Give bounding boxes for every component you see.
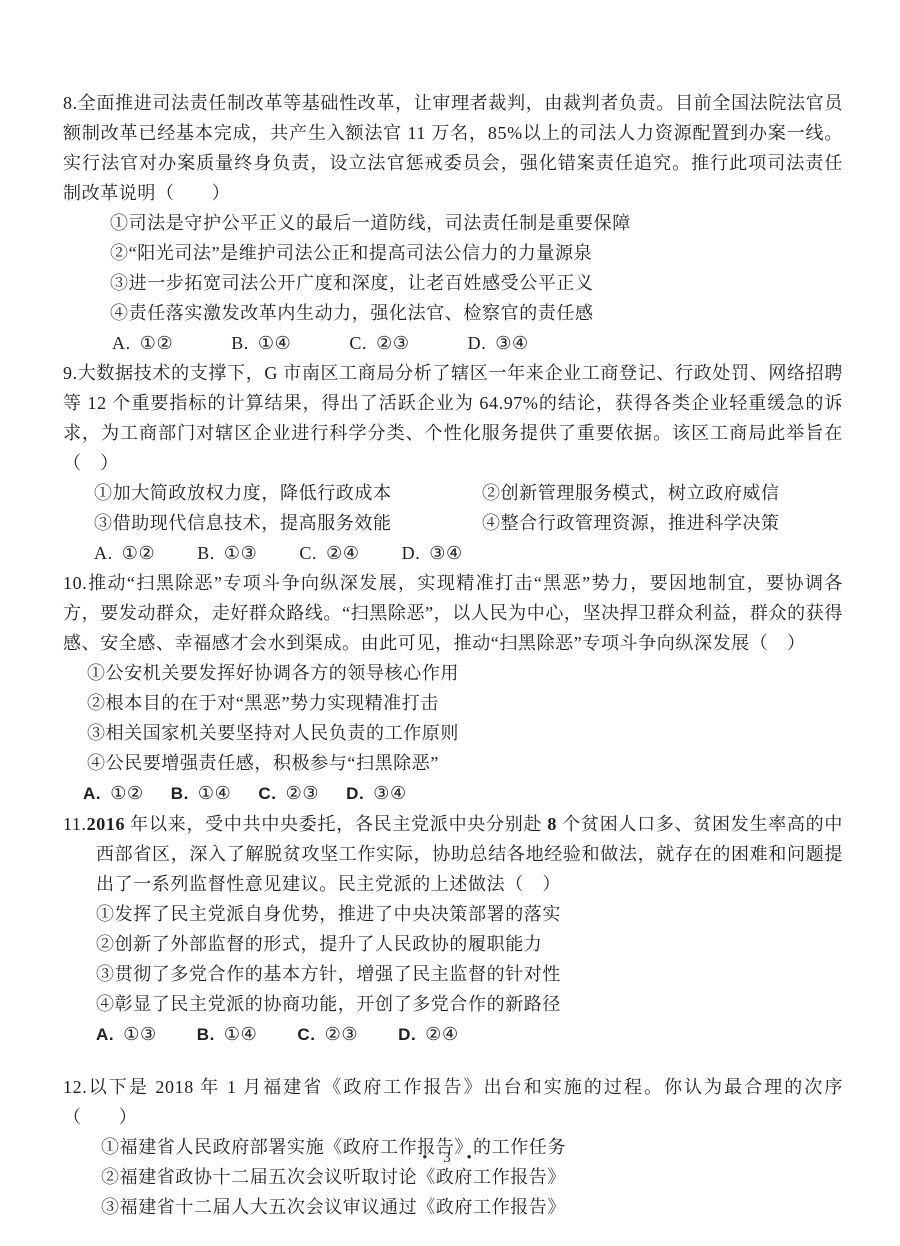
choice-a: A.①③ xyxy=(96,1019,157,1050)
question-9-stem: 9.大数据技术的支撑下，G 市南区工商局分析了辖区一年来企业工商登记、行政处罚、… xyxy=(63,358,843,478)
choice-d-value: ③④ xyxy=(373,783,406,803)
question-9-option-1: ①加大简政放权力度，降低行政成本 xyxy=(94,478,482,508)
question-10-options: ①公安机关要发挥好协调各方的领导核心作用 ②根本目的在于对“黑恶”势力实现精准打… xyxy=(63,658,843,778)
question-9-option-3: ③借助现代信息技术，提高服务效能 xyxy=(94,508,482,538)
choice-b: B.①③ xyxy=(197,538,257,568)
choice-b-value: ①③ xyxy=(224,543,257,563)
question-11-option-4: ④彰显了民主党派的协商功能，开创了多党合作的新路径 xyxy=(96,989,843,1019)
choice-b-label: B. xyxy=(171,784,189,803)
choice-c: C.②③ xyxy=(297,1019,358,1050)
question-8-option-1: ①司法是守护公平正义的最后一道防线，司法责任制是重要保障 xyxy=(110,208,843,238)
choice-d-value: ③④ xyxy=(495,333,528,353)
exam-content: 8.全面推进司法责任制改革等基础性改革，让审理者裁判，由裁判者负责。目前全国法院… xyxy=(63,88,843,1222)
question-11-choices: A.①③ B.①④ C.②③ D.②④ xyxy=(63,1019,843,1050)
choice-b-label: B. xyxy=(197,543,215,563)
question-10-option-2: ②根本目的在于对“黑恶”势力实现精准打击 xyxy=(87,688,843,718)
choice-d-label: D. xyxy=(398,1025,416,1044)
question-10-option-1: ①公安机关要发挥好协调各方的领导核心作用 xyxy=(87,658,843,688)
choice-a-label: A. xyxy=(83,784,101,803)
question-11-option-3: ③贯彻了多党合作的基本方针，增强了民主监督的针对性 xyxy=(96,959,843,989)
choice-b: B.①④ xyxy=(171,778,232,809)
question-10-choices: A.①② B.①④ C.②③ D.③④ xyxy=(63,778,843,809)
choice-d-label: D. xyxy=(346,784,364,803)
question-10-stem: 10.推动“扫黑除恶”专项斗争向纵深发展，实现精准打击“黑恶”势力，要因地制宜，… xyxy=(63,568,843,658)
question-10: 10.推动“扫黑除恶”专项斗争向纵深发展，实现精准打击“黑恶”势力，要因地制宜，… xyxy=(63,568,843,809)
choice-c-label: C. xyxy=(299,543,317,563)
question-11: 11.2016 年以来，受中共中央委托，各民主党派中央分别赴 8 个贫困人口多、… xyxy=(63,809,843,1050)
choice-d: D.③④ xyxy=(402,538,463,568)
choice-a: A.①② xyxy=(112,328,173,358)
question-9-options: ①加大简政放权力度，降低行政成本 ②创新管理服务模式，树立政府威信 ③借助现代信… xyxy=(63,478,843,538)
choice-c-label: C. xyxy=(297,1025,315,1044)
question-8-option-3: ③进一步拓宽司法公开广度和深度，让老百姓感受公平正义 xyxy=(110,268,843,298)
question-10-option-3: ③相关国家机关要坚持对人民负责的工作原则 xyxy=(87,718,843,748)
choice-a-value: ①② xyxy=(122,543,155,563)
choice-a-value: ①③ xyxy=(123,1024,156,1044)
choice-b-value: ①④ xyxy=(258,333,291,353)
choice-a: A.①② xyxy=(94,538,155,568)
question-8-stem: 8.全面推进司法责任制改革等基础性改革，让审理者裁判，由裁判者负责。目前全国法院… xyxy=(63,88,843,208)
choice-a-label: A. xyxy=(112,333,131,353)
question-11-option-2: ②创新了外部监督的形式，提升了人民政协的履职能力 xyxy=(96,929,843,959)
question-11-option-1: ①发挥了民主党派自身优势，推进了中央决策部署的落实 xyxy=(96,899,843,929)
question-9-option-2: ②创新管理服务模式，树立政府威信 xyxy=(482,478,843,508)
choice-b-label: B. xyxy=(197,1025,215,1044)
question-12-option-3: ③福建省十二届人大五次会议审议通过《政府工作报告》 xyxy=(101,1192,843,1222)
choice-b-label: B. xyxy=(231,333,249,353)
question-11-options: ①发挥了民主党派自身优势，推进了中央决策部署的落实 ②创新了外部监督的形式，提升… xyxy=(63,899,843,1019)
choice-c-value: ②③ xyxy=(286,783,319,803)
question-8-choices: A.①② B.①④ C.②③ D.③④ xyxy=(63,328,843,358)
question-9: 9.大数据技术的支撑下，G 市南区工商局分析了辖区一年来企业工商登记、行政处罚、… xyxy=(63,358,843,568)
exam-page: 8.全面推进司法责任制改革等基础性改革，让审理者裁判，由裁判者负责。目前全国法院… xyxy=(0,0,900,1246)
choice-d: D.③④ xyxy=(468,328,529,358)
choice-d-value: ②④ xyxy=(425,1024,458,1044)
question-10-option-4: ④公民要增强责任感，积极参与“扫黑除恶” xyxy=(87,748,843,778)
choice-b: B.①④ xyxy=(197,1019,258,1050)
question-12-options: ①福建省人民政府部署实施《政府工作报告》的工作任务 ②福建省政协十二届五次会议听… xyxy=(63,1132,843,1222)
choice-a-label: A. xyxy=(96,1025,114,1044)
choice-d-label: D. xyxy=(402,543,421,563)
question-12-stem: 12.以下是 2018 年 1 月福建省《政府工作报告》出台和实施的过程。你认为… xyxy=(63,1072,843,1132)
page-number: • 3 • xyxy=(0,1150,900,1167)
choice-a-value: ①② xyxy=(140,333,173,353)
choice-d-value: ③④ xyxy=(429,543,462,563)
choice-a-label: A. xyxy=(94,543,113,563)
choice-d-label: D. xyxy=(468,333,487,353)
choice-c-label: C. xyxy=(258,784,276,803)
choice-c-value: ②④ xyxy=(326,543,359,563)
question-9-choices: A.①② B.①③ C.②④ D.③④ xyxy=(63,538,843,568)
question-12: 12.以下是 2018 年 1 月福建省《政府工作报告》出台和实施的过程。你认为… xyxy=(63,1072,843,1222)
choice-c-label: C. xyxy=(349,333,367,353)
choice-b: B.①④ xyxy=(231,328,291,358)
choice-c: C.②③ xyxy=(349,328,409,358)
choice-a-value: ①② xyxy=(110,783,143,803)
choice-b-value: ①④ xyxy=(224,1024,257,1044)
choice-b-value: ①④ xyxy=(198,783,231,803)
choice-c-value: ②③ xyxy=(325,1024,358,1044)
choice-d: D.③④ xyxy=(346,778,407,809)
question-9-option-4: ④整合行政管理资源，推进科学决策 xyxy=(482,508,843,538)
choice-c: C.②④ xyxy=(299,538,359,568)
question-8: 8.全面推进司法责任制改革等基础性改革，让审理者裁判，由裁判者负责。目前全国法院… xyxy=(63,88,843,358)
choice-c: C.②③ xyxy=(258,778,319,809)
question-8-options: ①司法是守护公平正义的最后一道防线，司法责任制是重要保障 ②“阳光司法”是维护司… xyxy=(63,208,843,328)
choice-c-value: ②③ xyxy=(376,333,409,353)
question-8-option-4: ④责任落实激发改革内生动力，强化法官、检察官的责任感 xyxy=(110,298,843,328)
question-8-option-2: ②“阳光司法”是维护司法公正和提高司法公信力的力量源泉 xyxy=(110,238,843,268)
choice-d: D.②④ xyxy=(398,1019,459,1050)
question-11-stem: 11.2016 年以来，受中共中央委托，各民主党派中央分别赴 8 个贫困人口多、… xyxy=(63,809,843,899)
choice-a: A.①② xyxy=(83,778,144,809)
